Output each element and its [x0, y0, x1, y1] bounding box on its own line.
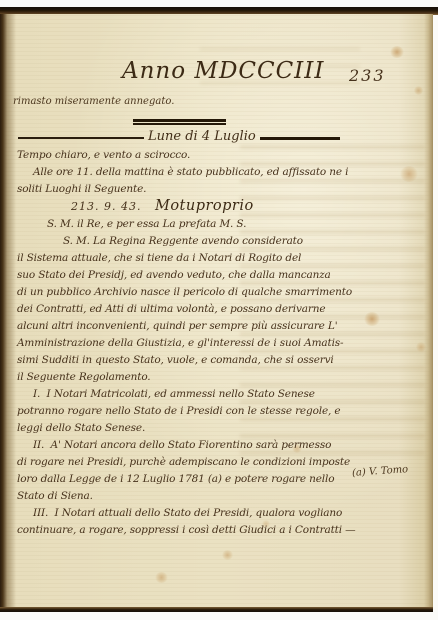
- manuscript-line: il Sistema attuale, che si tiene da i No…: [17, 250, 362, 267]
- manuscript-line: III. I Notari attuali dello Stato dei Pr…: [17, 505, 362, 522]
- manuscript-line: potranno rogare nello Stato de i Presidi…: [17, 403, 362, 420]
- foxing-spot: [222, 550, 233, 560]
- foxing-spot: [155, 572, 168, 583]
- manuscript-line: S. M. La Regina Reggente avendo consider…: [17, 233, 362, 250]
- book-edge-bottom: [0, 607, 433, 612]
- manuscript-line: leggi dello Stato Senese.: [17, 420, 362, 437]
- manuscript-line: simi Sudditi in questo Stato, vuole, e c…: [17, 352, 362, 369]
- manuscript-line: dei Contratti, ed Atti di ultima volontà…: [17, 301, 362, 318]
- manuscript-line: alcuni altri inconvenienti, quindi per s…: [17, 318, 362, 335]
- manuscript-page: Anno MDCCCIII 233 rimasto miseramente an…: [0, 14, 433, 608]
- carryover-text: rimasto miseramente annegato.: [13, 96, 174, 107]
- page-right-edge: [424, 14, 433, 608]
- date-rule-left: [18, 137, 144, 139]
- date-heading: Lune di 4 Luglio: [144, 129, 260, 144]
- manuscript-body: Tempo chiaro, e vento a scirocco.Alle or…: [17, 147, 362, 539]
- date-heading-row: Lune di 4 Luglio: [18, 129, 340, 147]
- page-number: 233: [349, 66, 386, 85]
- manuscript-line: il Seguente Regolamento.: [17, 369, 362, 386]
- manuscript-line: loro dalla Legge de i 12 Luglio 1781 (a)…: [17, 471, 362, 488]
- foxing-spot: [390, 46, 404, 58]
- foxing-spot: [416, 342, 426, 352]
- page-title: Anno MDCCCIII: [122, 58, 324, 84]
- manuscript-line: II. A' Notari ancora dello Stato Fiorent…: [17, 437, 362, 454]
- section-rule: [133, 119, 226, 125]
- manuscript-line: 213. 9. 43. Motuproprio: [17, 198, 362, 216]
- foxing-spot: [364, 312, 380, 326]
- manuscript-line: S. M. il Re, e per essa La prefata M. S.: [17, 216, 362, 233]
- manuscript-line: soliti Luoghi il Seguente.: [17, 181, 362, 198]
- manuscript-line: di un pubblico Archivio nasce il pericol…: [17, 284, 362, 301]
- manuscript-line: Stato di Siena.: [17, 488, 362, 505]
- manuscript-line: suo Stato dei Presidj, ed avendo veduto,…: [17, 267, 362, 284]
- manuscript-line: Tempo chiaro, e vento a scirocco.: [17, 147, 362, 164]
- manuscript-line: continuare, a rogare, soppressi i così d…: [17, 522, 362, 539]
- date-rule-right: [260, 137, 340, 140]
- manuscript-line: di rogare nei Presidi, purchè adempiscan…: [17, 454, 362, 471]
- scanned-book-page: Anno MDCCCIII 233 rimasto miseramente an…: [0, 0, 438, 620]
- manuscript-line: Amministrazione della Giustizia, e gl'in…: [17, 335, 362, 352]
- manuscript-line: I. I Notari Matricolati, ed ammessi nell…: [17, 386, 362, 403]
- foxing-spot: [414, 86, 423, 95]
- foxing-spot: [400, 166, 418, 182]
- manuscript-line: Alle ore 11. della mattina è stato pubbl…: [17, 164, 362, 181]
